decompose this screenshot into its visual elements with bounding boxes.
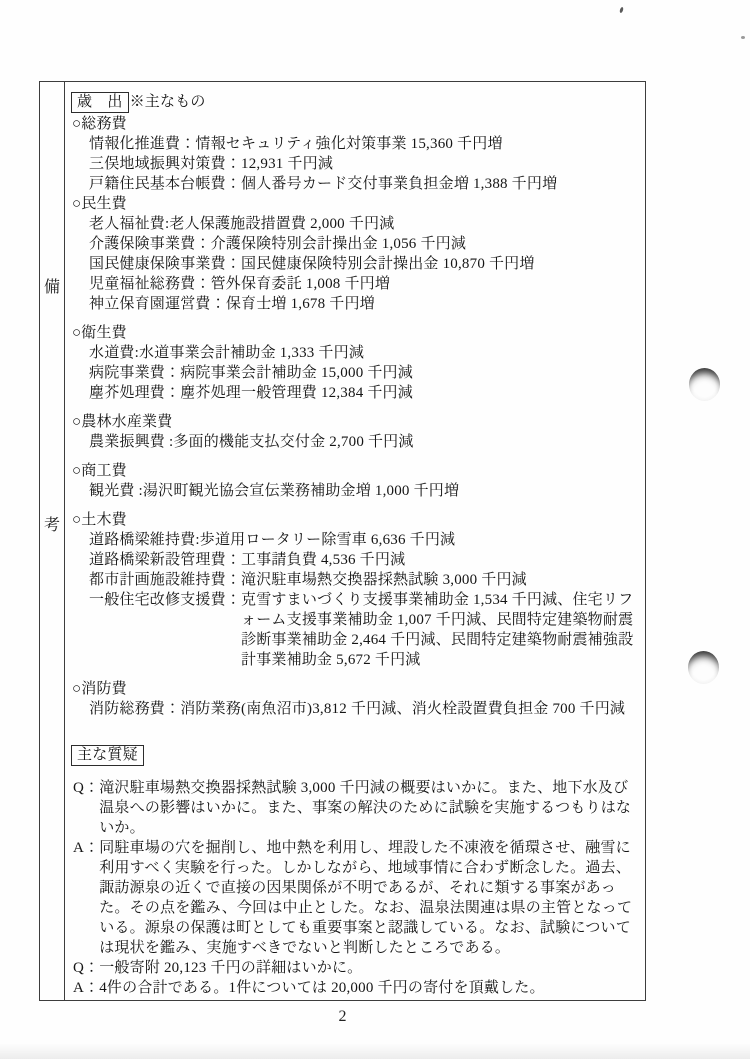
item-label: 観光費 : bbox=[89, 481, 143, 501]
item-label: 児童福祉総務費： bbox=[89, 274, 211, 294]
remarks-content: 歳 出※主なもの ○総務費 情報化推進費： 情報セキュリティ強化対策事業 15,… bbox=[65, 82, 645, 1000]
qa-section-title-row: 主な質疑 bbox=[71, 745, 639, 766]
budget-item: 老人福祉費: 老人保護施設措置費 2,000 千円減 bbox=[71, 214, 639, 234]
page-number: 2 bbox=[39, 1008, 646, 1026]
budget-item: 一般住宅改修支援費： 克雪すまいづくり支援事業補助金 1,534 千円減、住宅リ… bbox=[71, 590, 639, 670]
scan-artifact bbox=[619, 7, 624, 14]
budget-section-nourin: ○農林水産業費 農業振興費 : 多面的機能支払交付金 2,700 千円減 bbox=[71, 412, 639, 452]
qa-prefix: A： bbox=[73, 838, 99, 958]
budget-item: 神立保育園運営費： 保育士増 1,678 千円増 bbox=[71, 294, 639, 314]
budget-item: 塵芥処理費： 塵芥処理一般管理費 12,384 千円減 bbox=[71, 383, 639, 403]
item-label: 一般住宅改修支援費： bbox=[89, 590, 241, 670]
item-value: 老人保護施設措置費 2,000 千円減 bbox=[169, 214, 639, 234]
section-heading: ○総務費 bbox=[71, 114, 639, 134]
expenditure-title: 歳 出 bbox=[71, 92, 129, 113]
item-label: 介護保険事業費： bbox=[89, 234, 211, 254]
budget-section-shoukou: ○商工費 観光費 : 湯沢町観光協会宣伝業務補助金増 1,000 千円増 bbox=[71, 461, 639, 501]
section-heading: ○農林水産業費 bbox=[71, 412, 639, 432]
item-value: 塵芥処理一般管理費 12,384 千円減 bbox=[180, 383, 639, 403]
item-value: 保育士増 1,678 千円増 bbox=[226, 294, 639, 314]
qa-prefix: Q： bbox=[73, 778, 99, 838]
item-label: 老人福祉費: bbox=[89, 214, 169, 234]
budget-section-doboku: ○土木費 道路橋梁維持費: 歩道用ロータリー除雪車 6,636 千円減 道路橋梁… bbox=[71, 510, 639, 670]
item-value: 情報セキュリティ強化対策事業 15,360 千円増 bbox=[195, 134, 639, 154]
budget-item: 国民健康保険事業費： 国民健康保険特別会計操出金 10,870 千円増 bbox=[71, 254, 639, 274]
qa-entry-answer: A： 同駐車場の穴を掘削し、地中熱を利用し、埋設した不凍液を循環させ、融雪に利用… bbox=[71, 838, 639, 958]
item-label: 都市計画施設維持費： bbox=[89, 570, 241, 590]
budget-item: 観光費 : 湯沢町観光協会宣伝業務補助金増 1,000 千円増 bbox=[71, 481, 639, 501]
item-label: 農業振興費 : bbox=[89, 432, 173, 452]
margin-label-kou: 考 bbox=[40, 512, 64, 535]
item-label: 道路橋梁維持費: bbox=[89, 530, 200, 550]
item-value: 工事請負費 4,536 千円減 bbox=[241, 550, 639, 570]
item-label: 水道費: bbox=[89, 343, 139, 363]
section-heading: ○衛生費 bbox=[71, 323, 639, 343]
item-value: 個人番号カード交付事業負担金増 1,388 千円増 bbox=[241, 174, 639, 194]
budget-item: 戸籍住民基本台帳費： 個人番号カード交付事業負担金増 1,388 千円増 bbox=[71, 174, 639, 194]
section-heading: ○消防費 bbox=[71, 679, 639, 699]
qa-section-title: 主な質疑 bbox=[71, 745, 144, 766]
budget-item: 農業振興費 : 多面的機能支払交付金 2,700 千円減 bbox=[71, 432, 639, 452]
item-label: 三俣地域振興対策費： bbox=[89, 154, 241, 174]
budget-item: 病院事業費： 病院事業会計補助金 15,000 千円減 bbox=[71, 363, 639, 383]
budget-section-eisei: ○衛生費 水道費: 水道事業会計補助金 1,333 千円減 病院事業費： 病院事… bbox=[71, 323, 639, 403]
item-label: 国民健康保険事業費： bbox=[89, 254, 241, 274]
budget-item: 介護保険事業費： 介護保険特別会計操出金 1,056 千円減 bbox=[71, 234, 639, 254]
section-heading: ○土木費 bbox=[71, 510, 639, 530]
item-value: 国民健康保険特別会計操出金 10,870 千円増 bbox=[241, 254, 639, 274]
margin-column: 備 考 bbox=[40, 82, 65, 1000]
item-value: 水道事業会計補助金 1,333 千円減 bbox=[139, 343, 639, 363]
item-value: 滝沢駐車場熱交換器採熱試験 3,000 千円減 bbox=[241, 570, 639, 590]
qa-prefix: Q： bbox=[73, 958, 99, 978]
item-value: 12,931 千円減 bbox=[241, 154, 639, 174]
scan-edge-shadow bbox=[0, 1043, 750, 1059]
budget-item: 児童福祉総務費： 管外保育委託 1,008 千円増 bbox=[71, 274, 639, 294]
budget-item: 三俣地域振興対策費： 12,931 千円減 bbox=[71, 154, 639, 174]
section-heading: ○商工費 bbox=[71, 461, 639, 481]
item-label: 道路橋梁新設管理費： bbox=[89, 550, 241, 570]
punch-hole-icon bbox=[688, 651, 719, 684]
qa-text: 4件の合計である。1件については 20,000 千円の寄付を頂戴した。 bbox=[99, 978, 639, 998]
section-heading: ○民生費 bbox=[71, 194, 639, 214]
qa-entry-question: Q： 一般寄附 20,123 千円の詳細はいかに。 bbox=[71, 958, 639, 978]
item-value: 病院事業会計補助金 15,000 千円減 bbox=[180, 363, 639, 383]
budget-item: 道路橋梁新設管理費： 工事請負費 4,536 千円減 bbox=[71, 550, 639, 570]
budget-item: 消防総務費： 消防業務(南魚沼市)3,812 千円減、消火栓設置費負担金 700… bbox=[71, 699, 639, 719]
item-value: 湯沢町観光協会宣伝業務補助金増 1,000 千円増 bbox=[143, 481, 639, 501]
budget-item: 水道費: 水道事業会計補助金 1,333 千円減 bbox=[71, 343, 639, 363]
item-label: 塵芥処理費： bbox=[89, 383, 180, 403]
item-value: 消防業務(南魚沼市)3,812 千円減、消火栓設置費負担金 700 千円減 bbox=[180, 699, 639, 719]
item-label: 神立保育園運営費： bbox=[89, 294, 226, 314]
item-value: 多面的機能支払交付金 2,700 千円減 bbox=[173, 432, 639, 452]
item-label: 戸籍住民基本台帳費： bbox=[89, 174, 241, 194]
item-value: 介護保険特別会計操出金 1,056 千円減 bbox=[211, 234, 639, 254]
remarks-box: 備 考 歳 出※主なもの ○総務費 情報化推進費： 情報セキュリティ強化対策事業… bbox=[39, 81, 646, 1001]
budget-section-shoubou: ○消防費 消防総務費： 消防業務(南魚沼市)3,812 千円減、消火栓設置費負担… bbox=[71, 679, 639, 719]
budget-item: 情報化推進費： 情報セキュリティ強化対策事業 15,360 千円増 bbox=[71, 134, 639, 154]
budget-section-soumu: ○総務費 情報化推進費： 情報セキュリティ強化対策事業 15,360 千円増 三… bbox=[71, 114, 639, 194]
item-label: 情報化推進費： bbox=[89, 134, 195, 154]
qa-entry-question: Q： 滝沢駐車場熱交換器採熱試験 3,000 千円減の概要はいかに。また、地下水… bbox=[71, 778, 639, 838]
qa-text: 滝沢駐車場熱交換器採熱試験 3,000 千円減の概要はいかに。また、地下水及び温… bbox=[99, 778, 639, 838]
budget-section-minsei: ○民生費 老人福祉費: 老人保護施設措置費 2,000 千円減 介護保険事業費：… bbox=[71, 194, 639, 314]
margin-label-bi: 備 bbox=[40, 274, 64, 297]
scan-artifact bbox=[741, 36, 745, 39]
item-value: 歩道用ロータリー除雪車 6,636 千円減 bbox=[200, 530, 639, 550]
qa-text: 一般寄附 20,123 千円の詳細はいかに。 bbox=[99, 958, 639, 978]
item-label: 消防総務費： bbox=[89, 699, 180, 719]
punch-hole-icon bbox=[689, 368, 720, 401]
budget-item: 都市計画施設維持費： 滝沢駐車場熱交換器採熱試験 3,000 千円減 bbox=[71, 570, 639, 590]
document-page: 備 考 歳 出※主なもの ○総務費 情報化推進費： 情報セキュリティ強化対策事業… bbox=[0, 0, 750, 1059]
item-value: 管外保育委託 1,008 千円増 bbox=[211, 274, 639, 294]
header-note: ※主なもの bbox=[130, 94, 206, 110]
item-value: 克雪すまいづくり支援事業補助金 1,534 千円減、住宅リフォーム支援事業補助金… bbox=[241, 590, 639, 670]
qa-entry-answer: A： 4件の合計である。1件については 20,000 千円の寄付を頂戴した。 bbox=[71, 978, 639, 998]
item-label: 病院事業費： bbox=[89, 363, 180, 383]
qa-text: 同駐車場の穴を掘削し、地中熱を利用し、埋設した不凍液を循環させ、融雪に利用すべく… bbox=[99, 838, 639, 958]
budget-item: 道路橋梁維持費: 歩道用ロータリー除雪車 6,636 千円減 bbox=[71, 530, 639, 550]
document-header: 歳 出※主なもの bbox=[71, 92, 639, 113]
qa-prefix: A： bbox=[73, 978, 99, 998]
